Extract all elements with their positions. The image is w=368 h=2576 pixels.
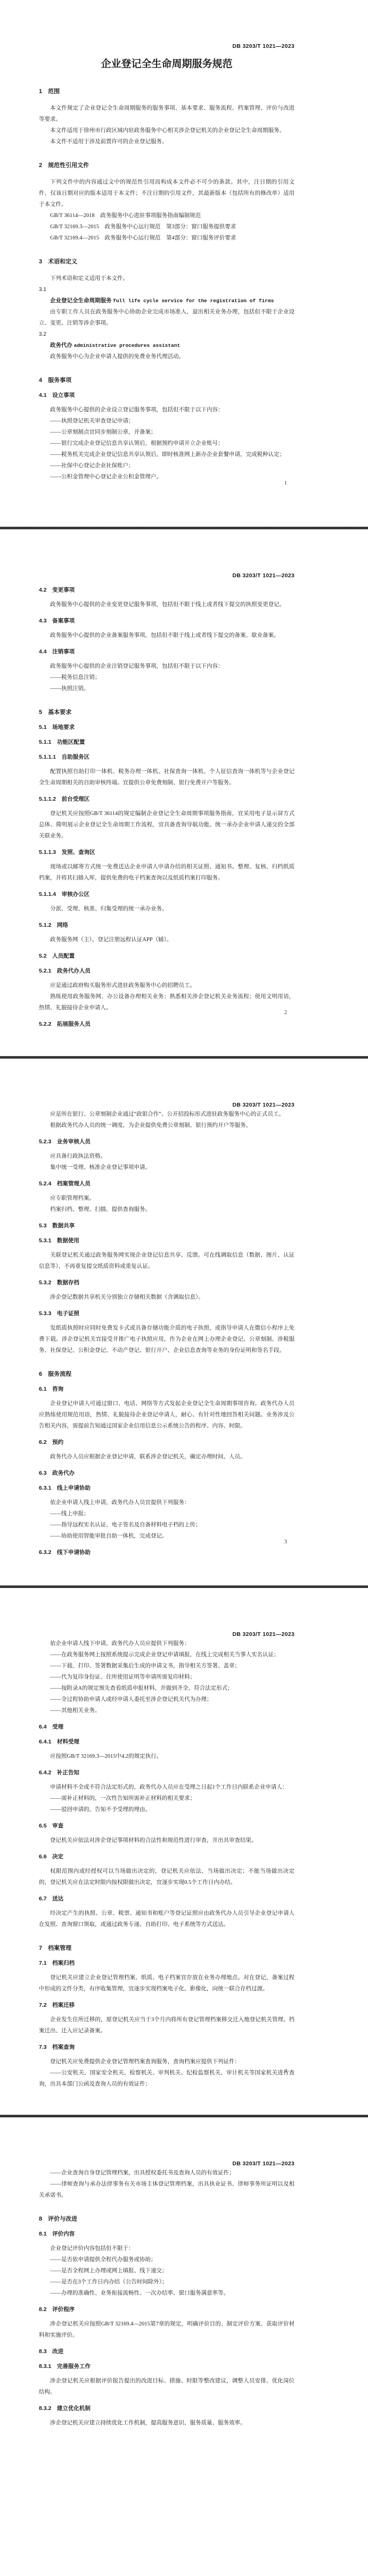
standard-code: DB 3203/T 1021—2023	[39, 2160, 295, 2167]
paragraph: 熟练使用政务服务网、办公设备办理相关业务；熟悉相关涉企登记机关业务流程；使用文明…	[39, 991, 295, 1013]
section-heading: 8.3.1 完善服务工作	[39, 2363, 295, 2371]
paragraph: 政务服务网（主）、登记注册远程认证APP（辅）。	[39, 934, 295, 945]
section-heading: 5.3.2 数据存档	[39, 1279, 295, 1287]
reference-item: GB/T 36114—2018 政务服务中心进驻事项服务指南编制规范	[39, 210, 295, 221]
paragraph: 现场或以邮寄方式统一免费送达企业申请人申请办结的相关证照、通知书。整理、复核、归…	[39, 861, 295, 884]
section-heading: 6.4.1 材料受理	[39, 1738, 295, 1746]
paragraph: 集中统一受理、核准企业登记事项申请。	[39, 1162, 295, 1173]
section-heading: 6.7 送达	[39, 1895, 295, 1903]
chapter-heading: 1 范围	[39, 87, 295, 96]
page-number: 3	[284, 1539, 287, 1545]
section-heading: 6.6 决定	[39, 1853, 295, 1861]
paragraph: 由专职工作人员在政务服务中心协助企业完成市场准入、退出相关业务办理，包括但不限于…	[39, 306, 295, 329]
chapter-heading: 4 服务事项	[39, 376, 295, 385]
term-entry: 政务代办 administrative procedures assistant	[39, 340, 295, 351]
page-number: 2	[284, 1010, 287, 1016]
paragraph: 应是通过政府购买服务形式进驻政务服务中心的招聘员工。	[39, 980, 295, 991]
term-number: 3.2	[39, 329, 295, 340]
list-item: ——执照注销。	[39, 683, 295, 694]
standard-document: DB 3203/T 1021—2023企业登记全生命周期服务规范1 范围本文件规…	[0, 0, 368, 2576]
list-item: ——企业查询自身登记管理档案，出具授权委托书及查询人员的有效证件；	[39, 2167, 295, 2179]
paragraph: 本文件不适用于涉及前置许可的企业登记服务。	[39, 136, 295, 147]
reference-item: GB/T 32169.4—2015 政务服务中心运行规范 第4部分：窗口服务评价…	[39, 232, 295, 244]
section-heading: 6.2 预约	[39, 1439, 295, 1447]
list-item: ——全过程协助申请人或经申请人委托至涉企登记机关代为办理；	[39, 1694, 295, 1705]
chapter-heading: 3 术语和定义	[39, 257, 295, 266]
list-item: ——指导远程实名认证、电子签名及自备材料电子档的上传；	[39, 1519, 295, 1531]
section-heading: 6.1 咨询	[39, 1385, 295, 1393]
section-heading: 5.2.4 档案管理人员	[39, 1180, 295, 1188]
paragraph: 政务代办人员应根据企业登记申请，联系涉企登记机关，确定办理时间、人员。	[39, 1451, 295, 1462]
standard-code: DB 3203/T 1021—2023	[39, 1101, 295, 1109]
section-heading: 8.3 改进	[39, 2348, 295, 2356]
list-item: ——银行完成企业登记信息共享认领后，根据预约申请开立企业账号；	[39, 438, 295, 449]
list-item: ——协助使用智能审批自助一体机，完成登记。	[39, 1531, 295, 1542]
paragraph: 依企业申请人线下申请，政务代办人员应提供下列服务：	[39, 1638, 295, 1649]
section-heading: 8.1 评价内容	[39, 2230, 295, 2238]
standard-code: DB 3203/T 1021—2023	[39, 43, 295, 50]
section-heading: 5.1.1.3 发照、查询区	[39, 849, 295, 857]
section-heading: 5.2.1 政务代办人员	[39, 967, 295, 975]
paragraph: 登记机关应依法对涉企登记事项材料的合法性和规范性进行审查，并出具审查结果。	[39, 1835, 295, 1846]
list-item: ——律师查询与承办法律事务有关市场主体登记管理档案，出具执业证书、律师事务所证明…	[39, 2179, 295, 2201]
section-heading: 5.1.1 功能区配置	[39, 738, 295, 746]
paragraph: 政务服务中心提供的企业变更登记服务事项，包括但不限于线上或者线下提交的执照变更登…	[39, 599, 295, 610]
paragraph: 涉企登记机关应按照GB/T 32169.4—2015第7章的规定，明确评价目的、…	[39, 2319, 295, 2341]
paragraph: 政务服务中心提供的企业设立登记服务事项，包括但不限于以下内容：	[39, 404, 295, 416]
paragraph: 政务服务中心提供的企业注销登记服务事项，包括但不限于以下内容：	[39, 661, 295, 672]
page-3: DB 3203/T 1021—2023应是所在银行、公章刻制企业通过“政银合作”…	[0, 1059, 368, 1585]
page-4: DB 3203/T 1021—2023依企业申请人线下申请，政务代办人员应提供下…	[0, 1588, 368, 2115]
list-item: ——线上申报；	[39, 1508, 295, 1519]
page-content: 依企业申请人线下申请，政务代办人员应提供下列服务：——在政务服务网上按照系统提示…	[39, 1638, 295, 2090]
list-item: ——执照登记机关审查登记申请；	[39, 416, 295, 427]
paragraph: 应按照GB/T 32169.3—2015中4.2的规定执行。	[39, 1751, 295, 1762]
page-number: 4	[284, 2068, 287, 2074]
section-heading: 6.5 审查	[39, 1822, 295, 1830]
section-heading: 5.3 数据共享	[39, 1222, 295, 1230]
paragraph: 配置执照自助打印一体机、税务办理一体机、社保查询一体机、个人征信查询一体机等与企…	[39, 766, 295, 788]
section-heading: 6.3 政务代办	[39, 1469, 295, 1477]
section-heading: 5.1.1.2 前台受理区	[39, 795, 295, 803]
section-heading: 5.2.3 业务审核人员	[39, 1138, 295, 1146]
paragraph: 权限范围内或经授权可以当场做出决定的，登记机关应依法、当场做出决定；不能当场做出…	[39, 1866, 295, 1888]
page-content: 4.2 变更事项政务服务中心提供的企业变更登记服务事项，包括但不限于线上或者线下…	[39, 586, 295, 1028]
chapter-heading: 7 档案管理	[39, 1944, 295, 1952]
paragraph: 涉企登记机关应建立持续优化工作机制，提高服务意识、服务质量、服务效率。	[39, 2417, 295, 2429]
paragraph: 企业登记评价内容包括但不限于：	[39, 2243, 295, 2254]
paragraph: 下列术语和定义适用于本文件。	[39, 273, 295, 284]
section-heading: 6.3.2 线下申请协助	[39, 1549, 295, 1557]
term-entry: 企业登记全生命周期服务 full life cycle service for …	[39, 295, 295, 306]
list-item: ——税务机关完成企业登记信息共享认领后，即时核准网上新办企业套餐申请，完成税种认…	[39, 449, 295, 460]
list-item: ——公积金管理中心登记企业公积金管理户。	[39, 471, 295, 483]
paragraph: 政务服务中心为企业申请人提供的免费业务代理活动。	[39, 351, 295, 362]
paragraph: 涉企登记数据共享机关分别独立存储相关数据（含调取信息）。	[39, 1292, 295, 1303]
section-heading: 8.3.2 建立优化机制	[39, 2405, 295, 2413]
reference-item: GB/T 32169.3—2015 政务服务中心运行规范 第3部分：窗口服务提供…	[39, 221, 295, 232]
section-heading: 5.1.2 网络	[39, 921, 295, 929]
document-title: 企业登记全生命周期服务规范	[39, 57, 295, 71]
list-item: ——公安机关、国家安全机关、检察机关、审判机关、纪检监察机关、审计机关等国家机关…	[39, 2067, 295, 2090]
list-item: ——驳回申请的，告知不予受理的理由。	[39, 1804, 295, 1815]
paragraph: 企业发生住所迁移的，原登记机关应当于3个月内将所有登记管理档案移交迁入地登记机关…	[39, 2014, 295, 2037]
section-heading: 5.3.1 数据使用	[39, 1237, 295, 1245]
section-heading: 6.4 受理	[39, 1723, 295, 1731]
paragraph: 应具备行政执法资格。	[39, 1151, 295, 1162]
section-heading: 4.3 备案事项	[39, 617, 295, 625]
chapter-heading: 8 评价与改进	[39, 2215, 295, 2223]
list-item: ——是否依申请提供全程代办服务或协助；	[39, 2254, 295, 2265]
paragraph: 应专职管理档案。	[39, 1193, 295, 1204]
paragraph: 申请材料不全或不符合法定形式的，政务代办人员应在受理之日起1个工作日内联系企业申…	[39, 1782, 295, 1793]
section-heading: 5.2.2 拓展服务人员	[39, 1020, 295, 1028]
standard-code: DB 3203/T 1021—2023	[39, 1631, 295, 1638]
section-heading: 5.1 场地要求	[39, 724, 295, 732]
page-1: DB 3203/T 1021—2023企业登记全生命周期服务规范1 范围本文件规…	[0, 0, 368, 527]
section-heading: 8.2 评价程序	[39, 2306, 295, 2314]
paragraph: 下列文件中的内容通过文中的规范性引用而构成本文件必不可少的条款。其中，注日期的引…	[39, 177, 295, 210]
paragraph: 登记机关应建立企业登记管理档案，纸质、电子档案宜存放在业务办理地点。对在登记、备…	[39, 1972, 295, 1995]
term-zh: 政务代办	[50, 342, 72, 348]
paragraph: 发纸质执照时应同时免费发卡式或具备存储功能介质的电子执照，或指导申请人在微信小程…	[39, 1323, 295, 1356]
list-item: ——需补正材料的，一次性告知所需补正材料的相关要求；	[39, 1793, 295, 1804]
term-en: full life cycle service for the registra…	[113, 298, 274, 304]
paragraph: 经决定产生的执照、公章、税票、通知书和账户等登记证照应由政务代办人员引导企业登记…	[39, 1908, 295, 1930]
chapter-heading: 6 服务流程	[39, 1370, 295, 1378]
paragraph: 应是所在银行、公章刻制企业通过“政银合作”、公开招投标形式进驻政务服务中心的正式…	[39, 1109, 295, 1120]
list-item: ——代为复印身份证、住所使用证明等申请所需复印材料；	[39, 1672, 295, 1683]
list-item: ——下载、打印、签署数据采集后生成的申请文书，指导相关方签署、盖章；	[39, 1660, 295, 1672]
section-heading: 5.2 人员配置	[39, 952, 295, 960]
section-heading: 4.1 设立事项	[39, 392, 295, 400]
section-heading: 7.2 档案迁移	[39, 2001, 295, 2009]
page-number: 1	[284, 480, 287, 486]
paragraph: 本文件规定了企业登记全生命周期服务的服务事项、基本要求、服务流程、档案管理、评价…	[39, 103, 295, 125]
section-heading: 6.4.2 补正告知	[39, 1769, 295, 1777]
list-item: ——公章刻制点宜同步刻制公章，并备案；	[39, 427, 295, 438]
page-content: ——企业查询自身登记管理档案，出具授权委托书及查询人员的有效证件；——律师查询与…	[39, 2167, 295, 2429]
section-heading: 7.1 档案归档	[39, 1959, 295, 1967]
section-heading: 4.4 注销事项	[39, 648, 295, 656]
list-item: ——其他相关业务。	[39, 1705, 295, 1716]
chapter-heading: 2 规范性引用文件	[39, 161, 295, 170]
standard-code: DB 3203/T 1021—2023	[39, 572, 295, 579]
paragraph: 政务服务中心提供的企业备案服务事项，包括但不限于线上或者线下提交的备案、歇业备案…	[39, 630, 295, 641]
page-content: 企业登记全生命周期服务规范1 范围本文件规定了企业登记全生命周期服务的服务事项、…	[39, 57, 295, 483]
paragraph: 登记机关应免费提供企业登记管理档案查询服务，查询档案应提供下列证件：	[39, 2056, 295, 2067]
page-content: 应是所在银行、公章刻制企业通过“政银合作”、公开招投标形式进驻政务服务中心的正式…	[39, 1109, 295, 1557]
list-item: ——是否全程网上办理或网上填报、线下递交；	[39, 2265, 295, 2276]
list-item: ——办理的准确性、业务衔接流畅性、一次办结率、窗口服务满意率等。	[39, 2288, 295, 2299]
paragraph: 登记机关应按照GB/T 36114的规定编制企业登记全生命周期事项服务指南，宜采…	[39, 808, 295, 842]
section-heading: 4.2 变更事项	[39, 586, 295, 594]
paragraph: 分派、受理、核准、归集受理的统一承办业务。	[39, 903, 295, 915]
paragraph: 本文件适用于徐州市行政区域内驻政务服务中心相关涉企登记机关的企业登记全生命周期服…	[39, 125, 295, 136]
list-item: ——在政务服务网上按照系统提示完成企业登记申请填报，在线上完成相关当事人实名认证…	[39, 1649, 295, 1660]
paragraph: 涉企登记机关应根据评价报告提出的改进目标、措施、时限等整改建议，调整人员安排、优…	[39, 2375, 295, 2398]
section-heading: 5.3.3 电子证照	[39, 1310, 295, 1318]
paragraph: 档案归档、整理、扫描，提供查询服务。	[39, 1204, 295, 1215]
term-number: 3.1	[39, 284, 295, 295]
list-item: ——按附录A的规定预先查看纸质申报材料，并做到齐全、符合法定形式；	[39, 1683, 295, 1694]
list-item: ——税务信息注销；	[39, 672, 295, 683]
list-item: ——是否在3个工作日内办结（公告时间除外）；	[39, 2276, 295, 2288]
term-en: administrative procedures assistant	[74, 343, 181, 348]
section-heading: 5.1.1.1 自助服务区	[39, 753, 295, 761]
paragraph: 根据政务代办人员的统一调度，为企业提供免费公章刻制、银行预约开户等服务。	[39, 1120, 295, 1131]
paragraph: 关联登记机关通过政务服务网实现企业登记信息共享、反馈。可在线调取信息（数据、图片…	[39, 1250, 295, 1272]
page-2: DB 3203/T 1021—20234.2 变更事项政务服务中心提供的企业变更…	[0, 529, 368, 1056]
list-item: ——社保中心登记企业社保账户；	[39, 460, 295, 471]
page-5: DB 3203/T 1021—2023——企业查询自身登记管理档案，出具授权委托…	[0, 2117, 368, 2576]
term-zh: 企业登记全生命周期服务	[50, 297, 112, 304]
chapter-heading: 5 基本要求	[39, 708, 295, 717]
section-heading: 6.3.1 线上申请协助	[39, 1484, 295, 1492]
section-heading: 7.3 档案查询	[39, 2043, 295, 2051]
paragraph: 依企业申请人线上申请，政务代办人员宜提供下列服务：	[39, 1497, 295, 1508]
section-heading: 5.1.1.4 审核办公区	[39, 891, 295, 899]
paragraph: 企业登记申请人可通过窗口、电话、网络等方式发起企业登记全生命周期事项咨询。政务代…	[39, 1398, 295, 1432]
